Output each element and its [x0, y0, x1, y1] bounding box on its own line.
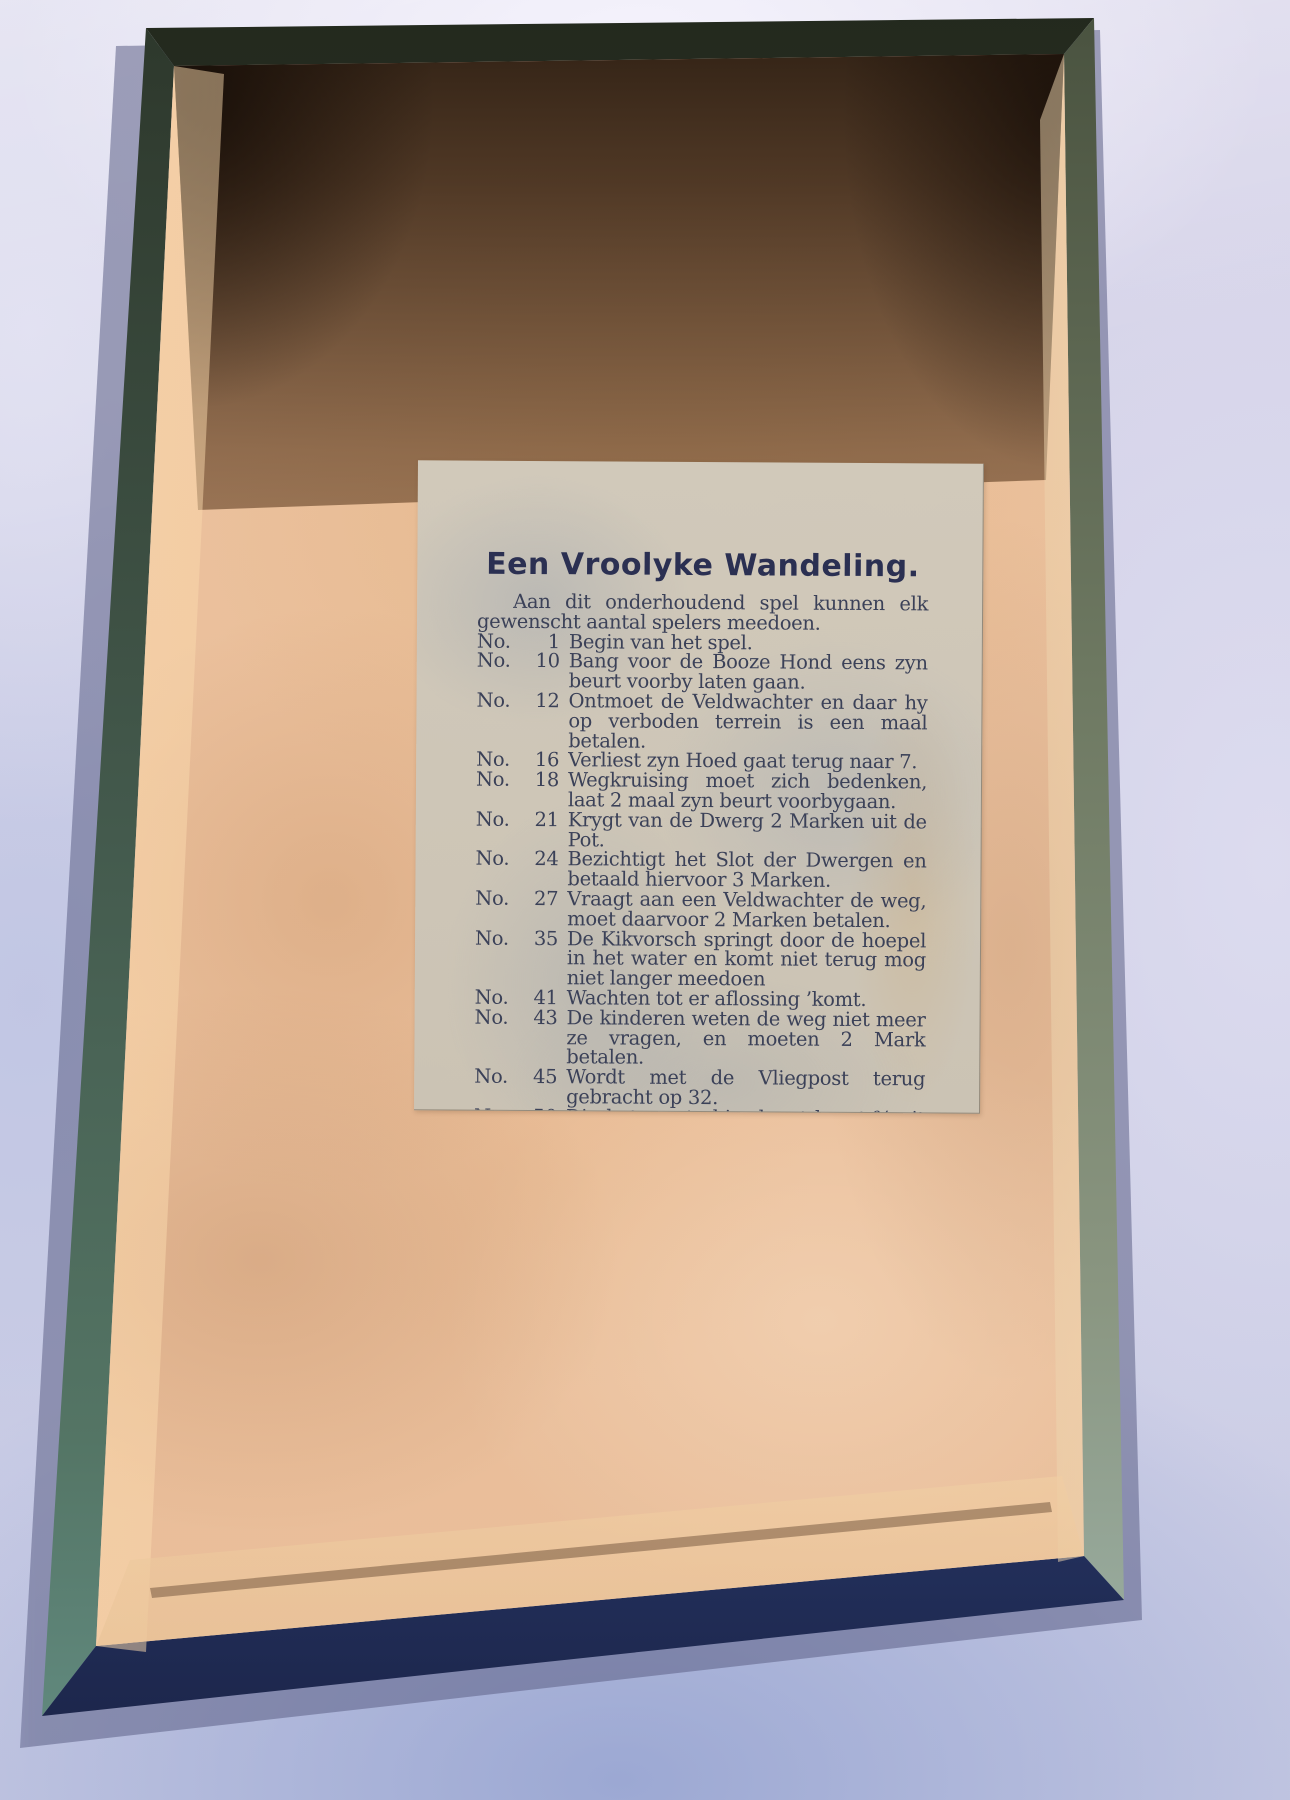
rule-no-prefix: No. [474, 1067, 516, 1107]
rule-number: 12 [527, 691, 559, 751]
intro-paragraph: Aan dit onderhoudend spel kunnen elk gew… [477, 592, 928, 634]
rule-text: Wegkruising moet zich bedenken, laat 2 m… [568, 770, 927, 812]
rule-no-prefix: No. [475, 988, 517, 1008]
rule-number: 10 [528, 651, 560, 691]
rule-no-prefix: No. [476, 770, 518, 810]
rule-item: No. 21 Krygt van de Dwerg 2 Marken uit d… [476, 809, 927, 851]
rule-no-prefix: No. [476, 691, 518, 751]
rule-no-prefix: No. [475, 889, 517, 929]
rule-item: No. 12 Ontmoet de Veldwachter en daar hy… [476, 691, 927, 753]
rule-text: Bezichtigt het Slot der Dwergen en betaa… [567, 850, 926, 892]
rule-text: Bang voor de Booze Hond eens zyn beurt v… [569, 652, 928, 694]
photo-of-game-box-interior: Een Vroolyke Wandeling. Aan dit onderhou… [0, 0, 1290, 1800]
rule-no-prefix: No. [477, 651, 519, 691]
rule-number: 24 [526, 849, 558, 889]
rule-no-prefix: No. [475, 928, 517, 988]
rules-label: Een Vroolyke Wandeling. Aan dit onderhou… [414, 460, 984, 1113]
rule-number: 41 [526, 988, 558, 1008]
rule-text: Krygt van de Dwerg 2 Marken uit de Pot. [568, 810, 927, 852]
rule-number: 43 [525, 1008, 557, 1068]
rule-number: 27 [526, 889, 558, 929]
rule-number: 21 [527, 810, 559, 850]
rule-text: Ontmoet de Veldwachter en daar hy op ver… [568, 691, 927, 753]
rule-number: 35 [526, 928, 558, 988]
rule-text: De kinderen weten de weg niet meer ze vr… [566, 1008, 925, 1070]
rule-item: No. 43 De kinderen weten de weg niet mee… [474, 1007, 925, 1069]
rule-text: Wordt met de Vliegpost terug gebracht op… [566, 1067, 925, 1109]
rule-item: No. 18 Wegkruising moet zich bedenken, l… [476, 770, 927, 812]
label-body: Aan dit onderhoudend spel kunnen elk gew… [474, 592, 928, 1114]
rule-item: No. 24 Bezichtigt het Slot der Dwergen e… [475, 849, 926, 891]
label-title: Een Vroolyke Wandeling. [477, 547, 928, 585]
rule-item: No. 10 Bang voor de Booze Hond eens zyn … [477, 651, 928, 693]
rule-number: 45 [525, 1067, 557, 1107]
rule-item: No. 27 Vraagt aan een Veldwachter de weg… [475, 889, 926, 931]
rule-no-prefix: No. [475, 849, 517, 889]
rule-number: 18 [527, 770, 559, 810]
rules-list: No. 1 Begin van het spel. No. 10 Bang vo… [474, 631, 928, 1113]
rule-text: De Kikvorsch springt door de hoepel in h… [567, 929, 926, 991]
rule-no-prefix: No. [474, 1007, 516, 1067]
rule-item: No. 45 Wordt met de Vliegpost terug gebr… [474, 1067, 925, 1109]
rule-item: No. 35 De Kikvorsch springt door de hoep… [475, 928, 926, 990]
rule-text: Vraagt aan een Veldwachter de weg, moet … [567, 889, 926, 931]
rule-no-prefix: No. [476, 809, 518, 849]
